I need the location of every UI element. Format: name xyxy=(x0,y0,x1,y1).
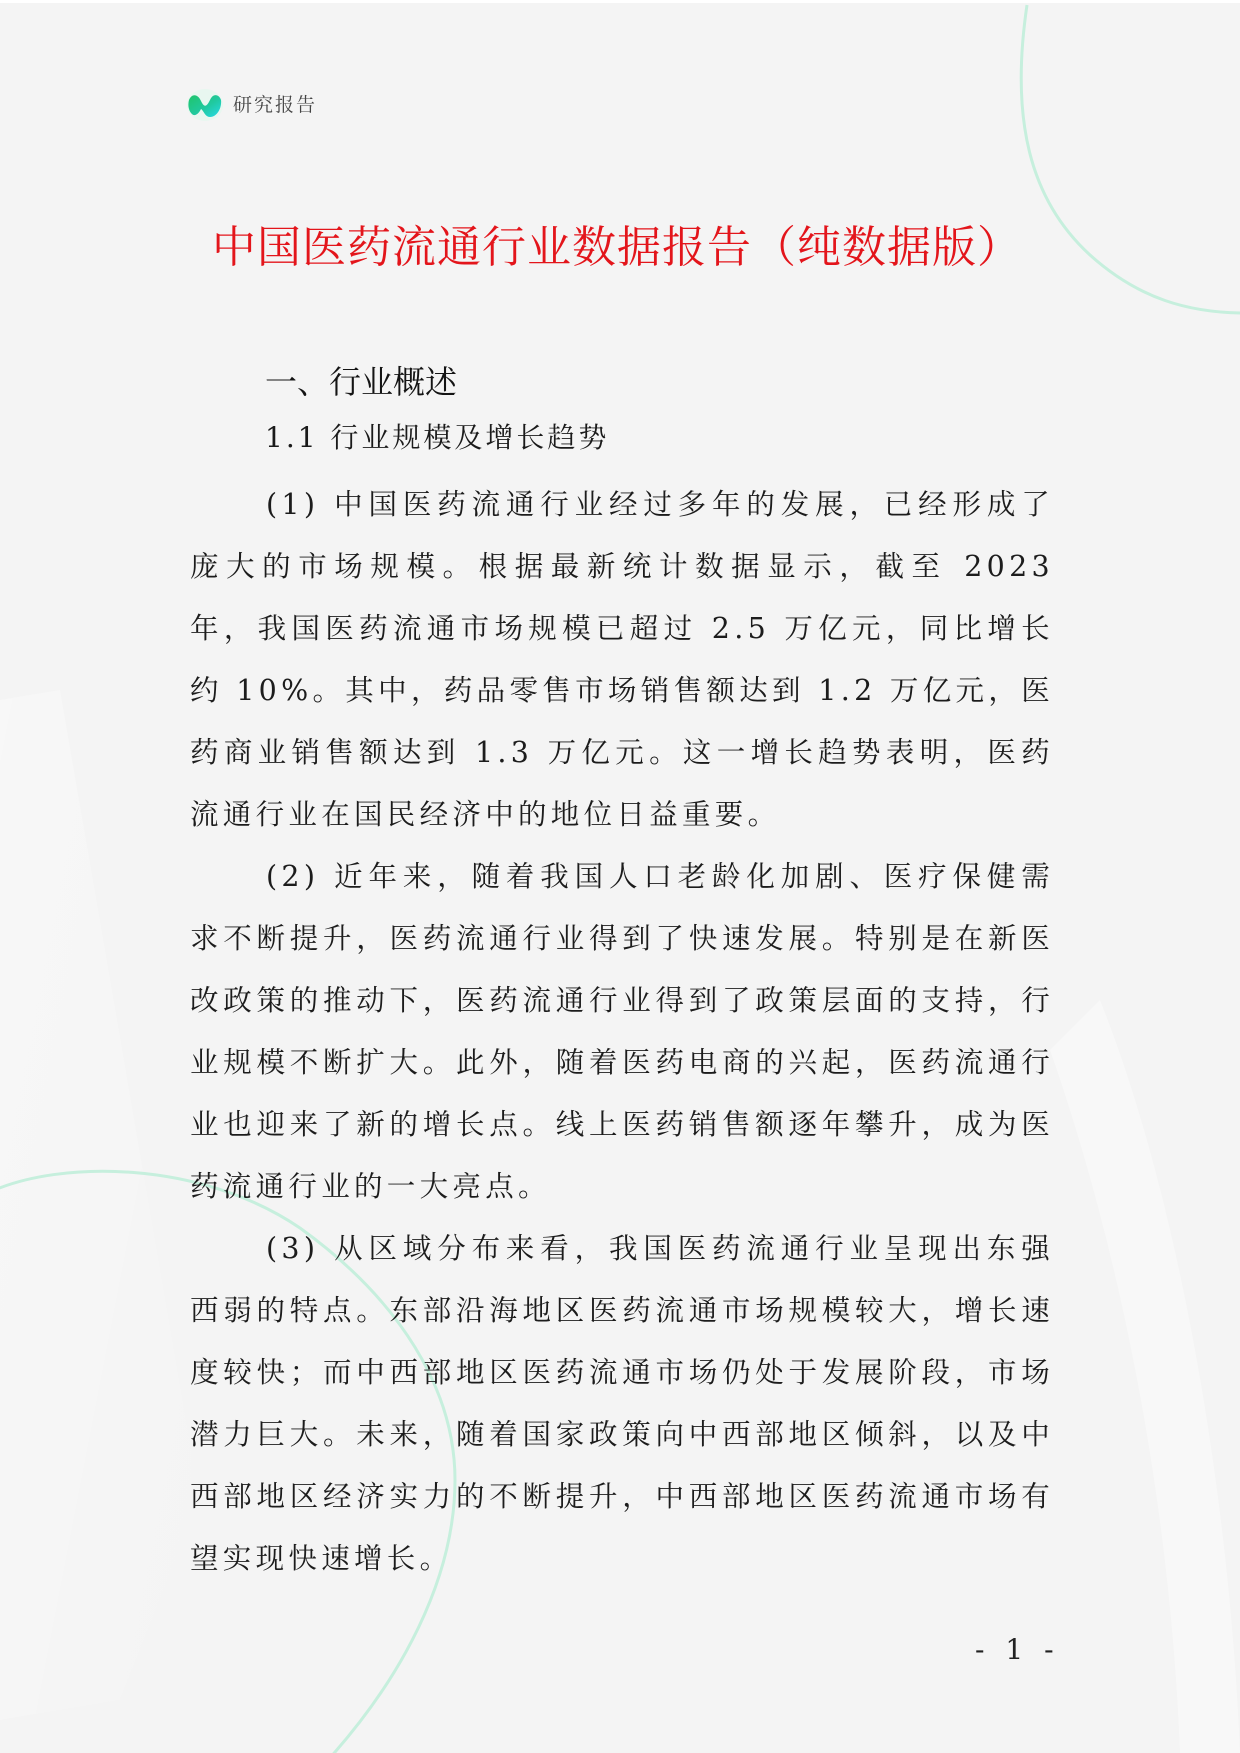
page-top-border xyxy=(0,0,1240,3)
document-title: 中国医药流通行业数据报告（纯数据版） xyxy=(212,222,1042,274)
page-number: - 1 - xyxy=(975,1633,1055,1667)
paragraph-3: (3) 从区域分布来看，我国医药流通行业呈现出东强西弱的特点。东部沿海地区医药流… xyxy=(190,1218,1054,1590)
paragraph-1: (1) 中国医药流通行业经过多年的发展，已经形成了庞大的市场规模。根据最新统计数… xyxy=(190,474,1054,846)
body-text: (1) 中国医药流通行业经过多年的发展，已经形成了庞大的市场规模。根据最新统计数… xyxy=(190,474,1054,1590)
report-label: 研究报告 xyxy=(233,93,317,117)
section-heading: 一、行业概述 xyxy=(265,362,457,402)
brand-logo-icon xyxy=(186,88,224,122)
subsection-heading: 1.1 行业规模及增长趋势 xyxy=(265,420,609,456)
paragraph-2: (2) 近年来，随着我国人口老龄化加剧、医疗保健需求不断提升，医药流通行业得到了… xyxy=(190,846,1054,1218)
